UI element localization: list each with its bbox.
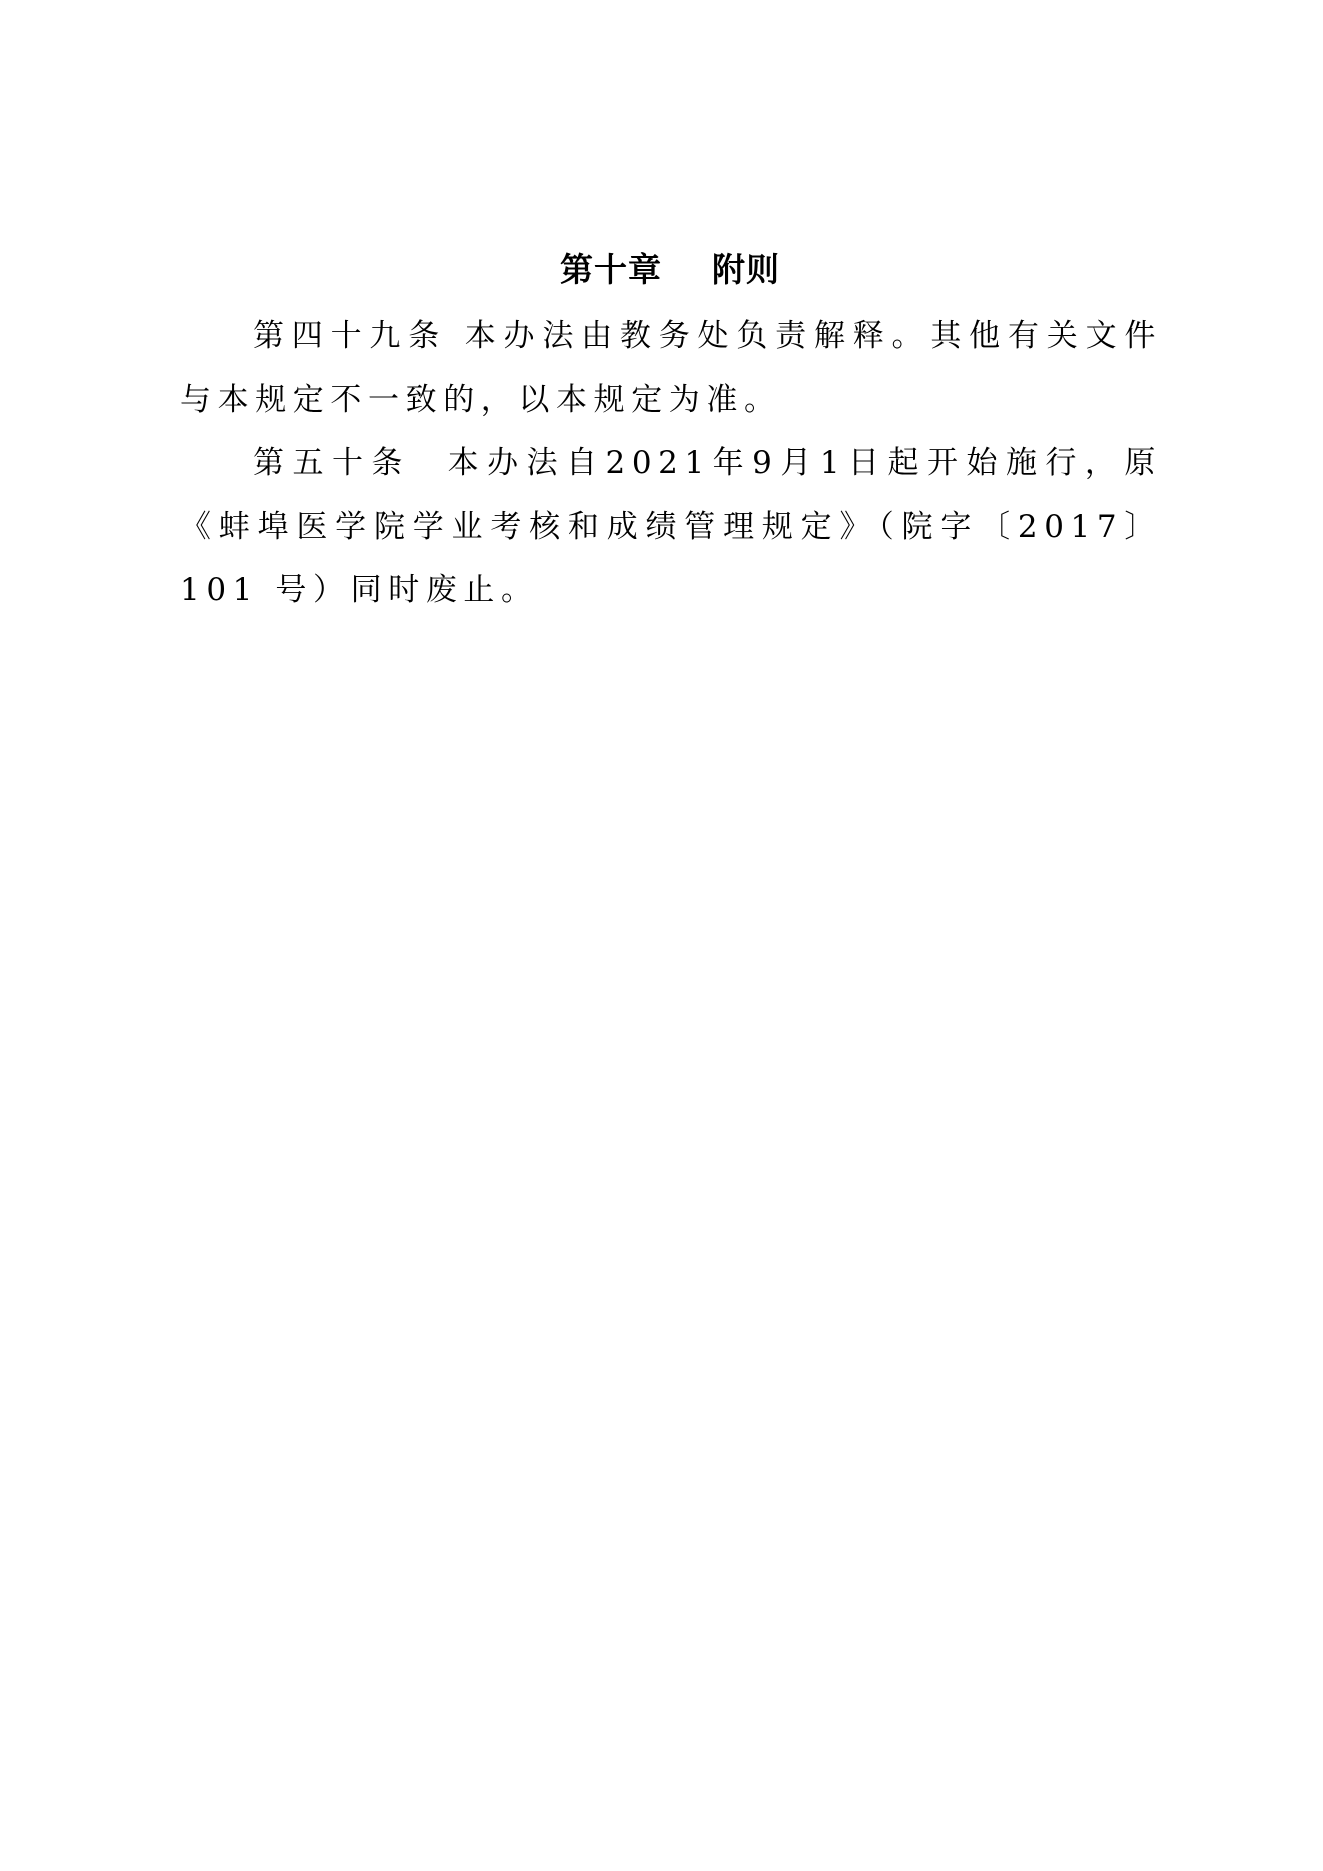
article-49: 第四十九条 本办法由教务处负责解释。其他有关文件与本规定不一致的，以本规定为准。 <box>180 305 1162 432</box>
document-body: 第四十九条 本办法由教务处负责解释。其他有关文件与本规定不一致的，以本规定为准。… <box>180 305 1162 623</box>
article-label: 第四十九条 <box>253 318 447 354</box>
article-label: 第五十条 <box>253 445 411 481</box>
chapter-title: 第十章 附则 <box>0 246 1323 294</box>
document-page: 第十章 附则 第四十九条 本办法由教务处负责解释。其他有关文件与本规定不一致的，… <box>0 0 1323 1871</box>
article-50: 第五十条 本办法自2021年9月1日起开始施行，原《蚌埠医学院学业考核和成绩管理… <box>180 432 1162 623</box>
